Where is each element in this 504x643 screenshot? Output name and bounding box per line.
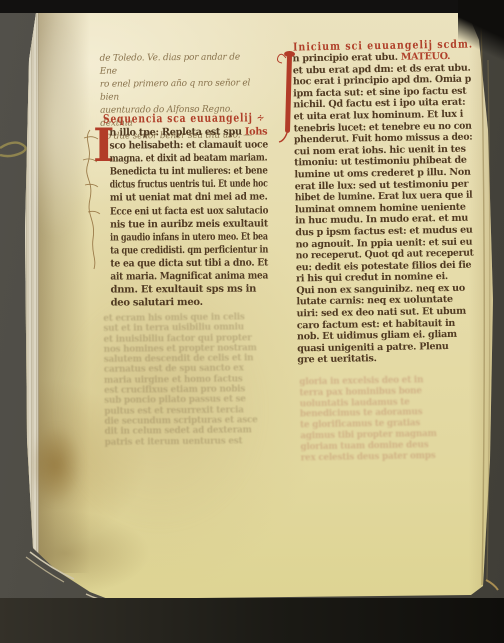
left-initial-i: I	[93, 122, 111, 170]
text-line: patris et iterum uenturus est	[105, 436, 269, 448]
text-line: magna. et dixit ad beatam mariam.	[110, 152, 268, 166]
text-line: n illo tpe: Repleta est spu Iohs	[109, 125, 267, 139]
text-line: ta que credidisti. qm perficientur in	[110, 243, 268, 257]
text-line: dnm. Et exultauit sps ms in	[110, 283, 268, 297]
text-line: Ecce eni ut facta est uox salutacio	[110, 204, 268, 218]
photo-backdrop: de Toledo. Ve. dias por andar de Enero e…	[0, 0, 504, 643]
parchment-highlight	[20, 20, 90, 240]
left-faded-text: et ecram his omis que in celissut et in …	[103, 312, 268, 448]
text-line: de Toledo. Ve. dias por andar de Ene	[100, 51, 260, 78]
rubricated-name: Iohs	[245, 126, 268, 137]
rubricated-name: MATEUO.	[401, 51, 451, 63]
backdrop-bottom	[0, 598, 504, 643]
right-faded-text: gloria in excelsis deo et interra pax ho…	[299, 375, 460, 464]
text-line: mi ut ueniat mat dni mei ad me.	[110, 191, 268, 205]
text-line: ait maria. Magnificat anima mea	[110, 269, 268, 283]
text-line: sco helisabeth: et clamauit uoce	[109, 139, 267, 153]
left-column-text: n illo tpe: Repleta est spu Iohs sco hel…	[109, 125, 268, 309]
left-rubric: Sequencia sca euuangelij ∻	[103, 110, 265, 125]
manuscript-page: de Toledo. Ve. dias por andar de Enero e…	[0, 0, 504, 643]
text-line: ro enel primero año q nro señor el bien	[100, 77, 260, 104]
right-column-text: n principio erat ubu. MATEUO. et ubu era…	[293, 51, 476, 367]
brown-stain	[30, 425, 82, 505]
backdrop-corner	[458, 0, 504, 78]
text-line: Benedicta tu int mulieres: et bene	[110, 165, 268, 179]
text-line: dictus fructus uentris tui. Et unde hoc	[110, 178, 268, 192]
text-line: te ea que dicta sut tibi a dno. Et	[110, 256, 268, 270]
text-line: gre et ueritatis.	[297, 352, 475, 366]
text-line: deo salutari meo.	[111, 296, 269, 310]
text-line: in gaudio infans in utero meo. Et bea	[110, 230, 268, 244]
text-line: nis tue in auribz meis exultauit	[110, 217, 268, 231]
photo-top-edge	[0, 0, 504, 13]
text-line: rex celestis deus pater omps	[301, 450, 461, 464]
right-initial-i	[285, 55, 292, 133]
